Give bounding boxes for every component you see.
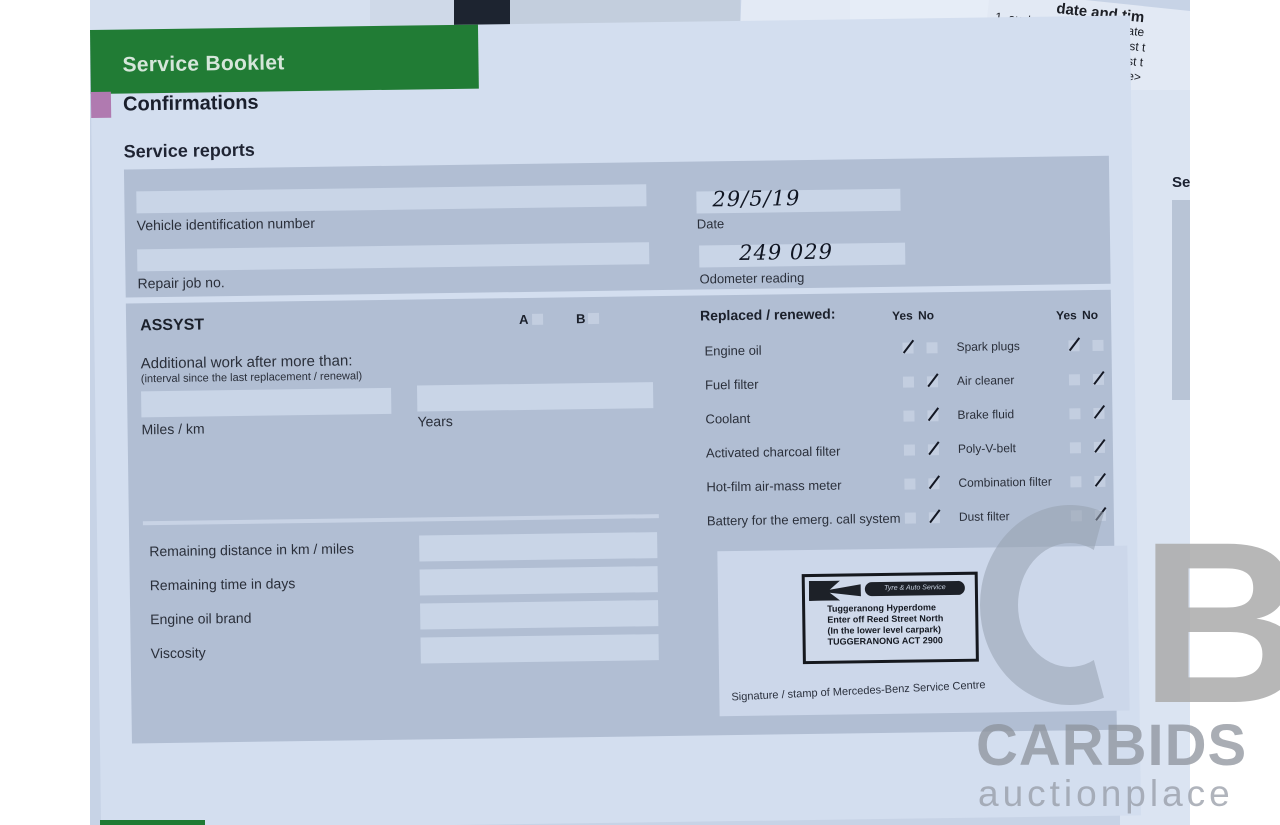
signature-label: Signature / stamp of Mercedes-Benz Servi…: [731, 679, 986, 703]
replaced-item-label: Coolant: [705, 411, 750, 427]
option-b-checkbox[interactable]: [588, 313, 599, 324]
vin-label: Vehicle identification number: [137, 215, 315, 233]
replaced-item-label: Fuel filter: [705, 377, 759, 393]
replaced-item-label: Brake fluid: [957, 407, 1014, 422]
checkbox-yes[interactable]: [903, 377, 914, 388]
next-tab-marker: [100, 820, 205, 825]
vehicle-details-form: Vehicle identification number Repair job…: [124, 156, 1111, 298]
option-b-label: B: [576, 311, 586, 326]
checkbox-yes[interactable]: [903, 411, 914, 422]
replaced-title: Replaced / renewed:: [700, 306, 836, 324]
remaining-label: Remaining distance in km / miles: [149, 540, 354, 559]
remaining-label: Viscosity: [151, 644, 206, 661]
date-value: 29/5/19: [712, 186, 800, 211]
replaced-item-label: Battery for the emerg. call system: [707, 511, 901, 529]
miles-km-label: Miles / km: [141, 420, 204, 437]
checkbox-yes[interactable]: [1069, 374, 1080, 385]
date-field[interactable]: 29/5/19: [696, 189, 900, 214]
years-label: Years: [417, 413, 453, 429]
replaced-item-label: Spark plugs: [956, 339, 1020, 354]
odometer-field[interactable]: 249 029: [699, 243, 905, 268]
remaining-field[interactable]: [419, 532, 657, 561]
checkbox-yes[interactable]: [1071, 510, 1082, 521]
signature-stamp-area: Tyre & Auto Service Tuggeranong Hyperdom…: [717, 546, 1129, 717]
replaced-item-label: Engine oil: [704, 343, 761, 359]
remaining-label: Remaining time in days: [150, 575, 296, 593]
next-page-form: [1172, 200, 1190, 400]
no-header: No: [918, 308, 934, 322]
booklet-title-band: Service Booklet: [90, 25, 479, 94]
stamp-badge: Tyre & Auto Service: [865, 581, 965, 596]
booklet-title: Service Booklet: [122, 51, 284, 77]
repair-job-label: Repair job no.: [137, 274, 224, 291]
additional-work-label: Additional work after more than:: [141, 352, 353, 372]
replaced-item-label: Hot-film air-mass meter: [706, 478, 841, 495]
checkbox-no[interactable]: [926, 342, 937, 353]
stamp-logo-icon: [809, 580, 861, 601]
replaced-item-label: Activated charcoal filter: [706, 444, 841, 461]
no-header: No: [1082, 308, 1098, 322]
divider: [143, 514, 659, 525]
yes-header: Yes: [892, 309, 913, 323]
replaced-item-label: Poly-V-belt: [958, 441, 1016, 456]
checkbox-yes[interactable]: [904, 445, 915, 456]
vin-field[interactable]: [136, 184, 646, 213]
page-subtitle: Service reports: [124, 140, 255, 163]
checkbox-no[interactable]: [1092, 340, 1103, 351]
miles-km-field[interactable]: [141, 388, 391, 417]
section-title: Confirmations: [123, 92, 259, 117]
assyst-title: ASSYST: [140, 316, 204, 335]
replaced-item-label: Combination filter: [958, 475, 1052, 490]
next-page-heading: Se: [1172, 174, 1190, 191]
remaining-label: Engine oil brand: [150, 610, 251, 627]
checkbox-yes[interactable]: [904, 479, 915, 490]
stamp-address: Tuggeranong Hyperdome Enter off Reed Str…: [827, 602, 944, 648]
option-a-label: A: [519, 312, 529, 327]
remaining-field[interactable]: [420, 600, 658, 629]
section-tab-marker: [91, 92, 111, 118]
checkbox-yes[interactable]: [1070, 476, 1081, 487]
interval-note: (interval since the last replacement / r…: [141, 370, 362, 385]
odometer-label: Odometer reading: [699, 270, 804, 286]
photo: Terms date and tim 1. ouch the <Automati…: [90, 0, 1190, 825]
checkbox-yes[interactable]: [1070, 442, 1081, 453]
option-a-checkbox[interactable]: [532, 314, 543, 325]
date-label: Date: [697, 216, 725, 231]
yes-header: Yes: [1056, 308, 1077, 322]
dealer-stamp: Tyre & Auto Service Tuggeranong Hyperdom…: [802, 572, 979, 664]
replaced-item-label: Air cleaner: [957, 373, 1015, 388]
service-booklet-page: Service Booklet Confirmations Service re…: [90, 15, 1141, 825]
checkbox-yes[interactable]: [905, 513, 916, 524]
replaced-item-label: Dust filter: [959, 509, 1010, 524]
remaining-field[interactable]: [420, 566, 658, 595]
odometer-value: 249 029: [739, 240, 833, 265]
remaining-field[interactable]: [421, 634, 659, 663]
years-field[interactable]: [417, 382, 653, 411]
repair-job-field[interactable]: [137, 242, 649, 271]
checkbox-yes[interactable]: [1069, 408, 1080, 419]
